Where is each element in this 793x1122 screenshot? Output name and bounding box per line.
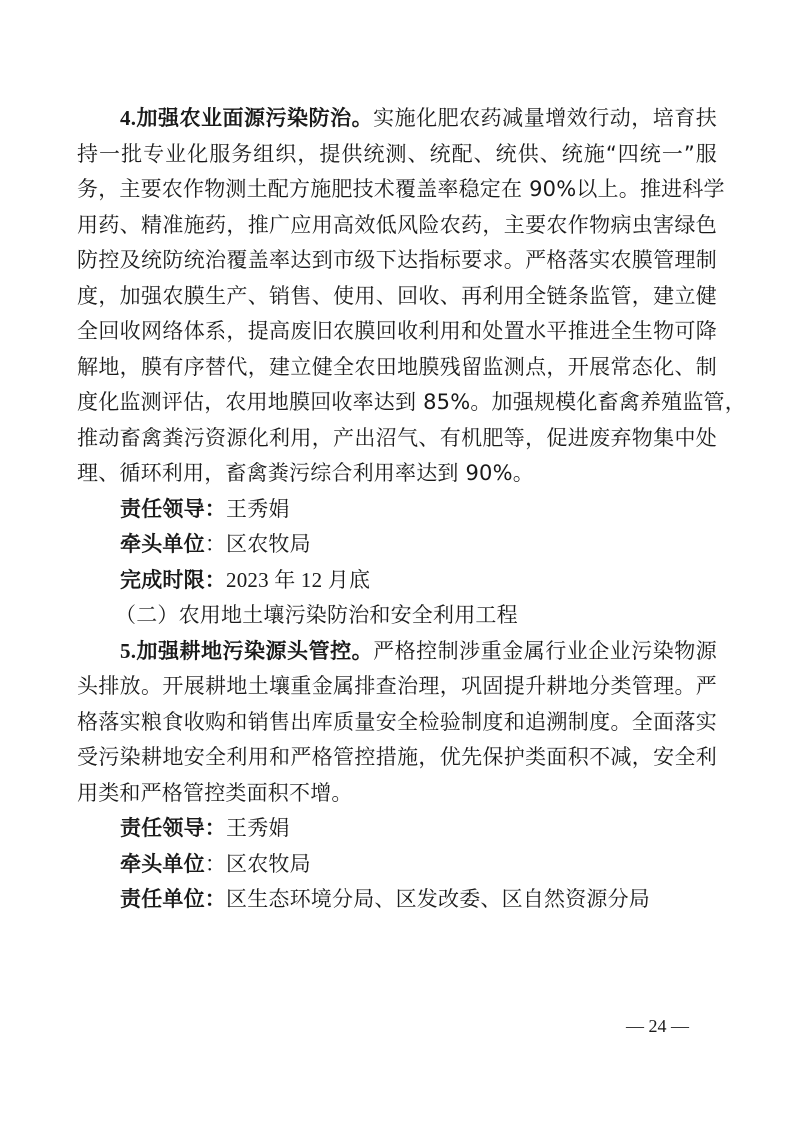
field-label: 责任领导： [120, 497, 226, 521]
field-value: 区农牧局 [226, 532, 311, 556]
item-4-line: 解地，膜有序替代，建立健全农田地膜残留监测点，开展常态化、制 [77, 350, 717, 384]
item-4-line: 全回收网络体系，提高废旧农膜回收利用和处置水平推进全生物可降 [77, 314, 717, 348]
field-value: 王秀娟 [226, 816, 290, 840]
item-4-line: 度化监测评估，农用地膜回收率达到 85%。加强规模化畜禽养殖监管， [77, 385, 717, 419]
field-separator: ： [205, 532, 226, 556]
item-5-line: 头排放。开展耕地土壤重金属排查治理，巩固提升耕地分类管理。严 [77, 669, 717, 703]
item-4-responsible-leader: 责任领导：王秀娟 [120, 492, 290, 526]
item-4-line: 务，主要农作物测土配方施肥技术覆盖率稳定在 90%以上。推进科学 [77, 172, 717, 206]
item-5-responsible-leader: 责任领导：王秀娟 [120, 811, 290, 845]
item-4-first-line: 4.加强农业面源污染防治。实施化肥农药减量增效行动，培育扶 [120, 101, 717, 135]
item-4-line: 理、循环利用，畜禽粪污综合利用率达到 90%。 [77, 456, 717, 490]
field-separator: ： [205, 852, 226, 876]
field-value: 区农牧局 [226, 852, 311, 876]
item-5-line: 受污染耕地安全利用和严格管控措施，优先保护类面积不减，安全利 [77, 740, 717, 774]
section-heading: （二）农用地土壤污染防治和安全利用工程 [115, 598, 518, 632]
document-page: 4.加强农业面源污染防治。实施化肥农药减量增效行动，培育扶 持一批专业化服务组织… [0, 0, 793, 1122]
item-4-lead-unit: 牵头单位：区农牧局 [120, 527, 311, 561]
field-label: 完成时限： [120, 568, 226, 592]
item-5-number: 5. [120, 639, 136, 663]
item-5-first-line: 5.加强耕地污染源头管控。严格控制涉重金属行业企业污染物源 [120, 634, 717, 668]
item-4-deadline: 完成时限：2023 年 12 月底 [120, 563, 370, 597]
item-4-heading: 加强农业面源污染防治。 [136, 106, 373, 130]
field-label: 牵头单位 [120, 852, 205, 876]
item-4-line: 推动畜禽粪污资源化利用，产出沼气、有机肥等，促进废弃物集中处 [77, 421, 717, 455]
item-5-line: 用类和严格管控类面积不增。 [77, 776, 717, 810]
item-5-text: 严格控制涉重金属行业企业污染物源 [373, 639, 717, 663]
item-5-responsible-units: 责任单位：区生态环境分局、区发改委、区自然资源分局 [120, 882, 650, 916]
field-label: 责任单位： [120, 887, 226, 911]
item-4-line: 用药、精准施药，推广应用高效低风险农药，主要农作物病虫害绿色 [77, 208, 717, 242]
field-value: 王秀娟 [226, 497, 290, 521]
item-5-line: 格落实粮食收购和销售出库质量安全检验制度和追溯制度。全面落实 [77, 705, 717, 739]
item-5-heading: 加强耕地污染源头管控。 [136, 639, 373, 663]
item-4-number: 4. [120, 106, 136, 130]
page-number: — 24 — [626, 1016, 689, 1036]
item-4-line: 防控及统防统治覆盖率达到市级下达指标要求。严格落实农膜管理制 [77, 243, 717, 277]
item-4-text: 实施化肥农药减量增效行动，培育扶 [373, 106, 717, 130]
item-4-line: 持一批专业化服务组织，提供统测、统配、统供、统施“四统一”服 [77, 137, 717, 171]
field-label: 责任领导： [120, 816, 226, 840]
field-label: 牵头单位 [120, 532, 205, 556]
field-value: 2023 年 12 月底 [226, 568, 370, 592]
field-value: 区生态环境分局、区发改委、区自然资源分局 [226, 887, 650, 911]
item-4-line: 度，加强农膜生产、销售、使用、回收、再利用全链条监管，建立健 [77, 279, 717, 313]
item-5-lead-unit: 牵头单位：区农牧局 [120, 847, 311, 881]
